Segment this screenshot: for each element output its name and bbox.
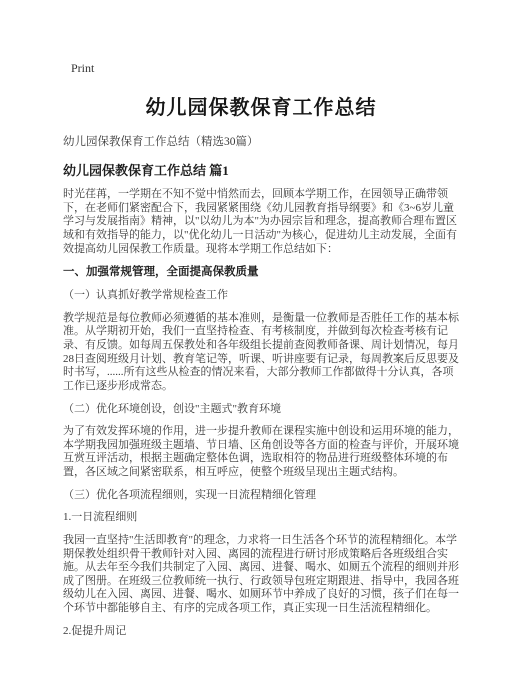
- document-page: Print 幼儿园保教保育工作总结 幼儿园保教保育工作总结（精选30篇） 幼儿园…: [0, 0, 520, 673]
- document-subtitle: 幼儿园保教保育工作总结（精选30篇）: [63, 135, 459, 149]
- subsection-2-body: 为了有效发挥环境的作用，进一步提升教师在课程实施中创设和运用环境的能力，本学期我…: [63, 425, 459, 480]
- subsection-3-heading: （三）优化各项流程细则，实现一日流程精细化管理: [63, 489, 459, 503]
- subsection-2-heading: （二）优化环境创设，创设"主题式"教育环境: [63, 403, 459, 417]
- print-link[interactable]: Print: [71, 61, 94, 76]
- list-item-1-body: 我园一直坚持"生活即教育"的理念，力求将一日生活各个环节的流程精细化。本学期保教…: [63, 534, 459, 616]
- intro-paragraph: 时光荏苒，一学期在不知不觉中悄然而去，回顾本学期工作，在园领导正确带领下，在老师…: [63, 188, 459, 256]
- section-1-heading: 一、加强常规管理，全面提高保教质量: [63, 265, 459, 279]
- list-item-1-heading: 1.一日流程细则: [63, 511, 459, 525]
- subsection-1-body: 教学规范是每位教师必须遵循的基本准则，是衡量一位教师是否胜任工作的基本标准。从学…: [63, 312, 459, 394]
- subsection-1-heading: （一）认真抓好教学常规检查工作: [63, 289, 459, 303]
- page-title: 幼儿园保教保育工作总结: [63, 91, 459, 120]
- article-heading: 幼儿园保教保育工作总结 篇1: [63, 160, 459, 179]
- list-item-2-heading: 2.促提升周记: [63, 625, 459, 639]
